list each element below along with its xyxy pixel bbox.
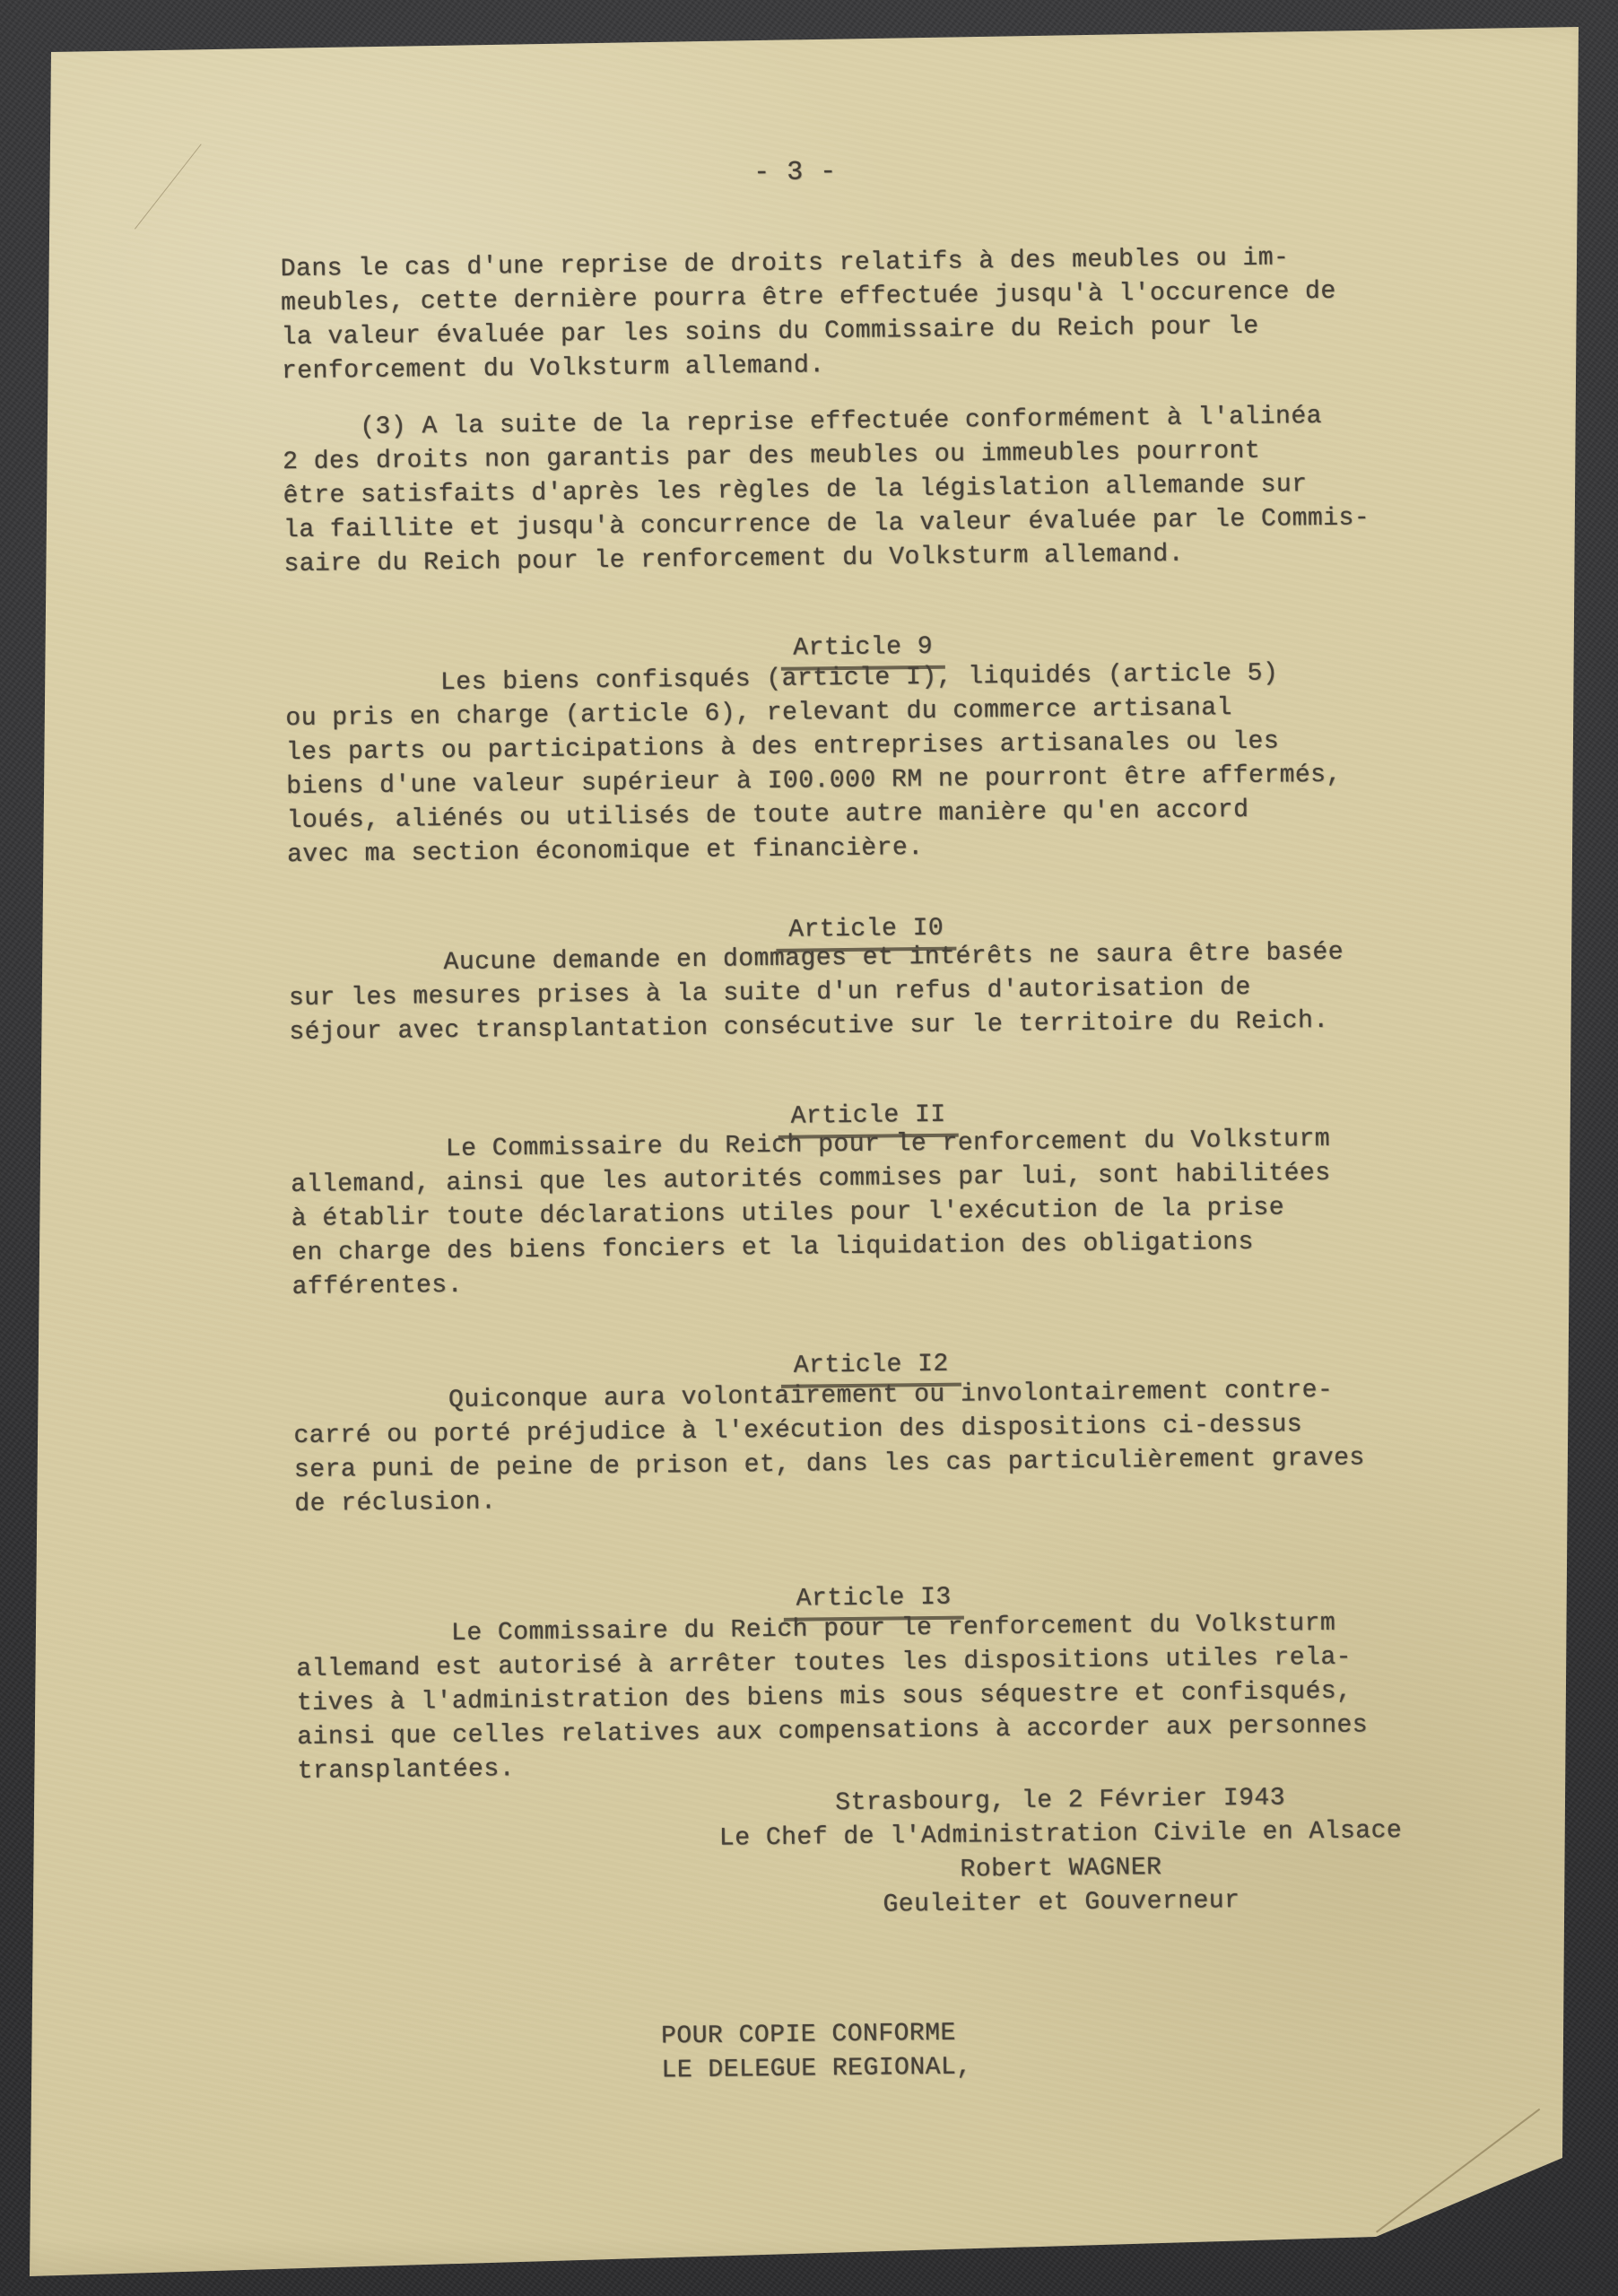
typewritten-text-layer: - 3 - Dans le cas d'une reprise de droit…: [0, 0, 1618, 2296]
paragraph: Aucune demande en dommages et intérêts n…: [288, 935, 1383, 1050]
paragraph: Quiconque aura volontairement ou involon…: [293, 1373, 1389, 1522]
page-number: - 3 -: [279, 150, 1310, 196]
scanned-document-photo: { "page_number": "- 3 -", "ink_color": "…: [0, 0, 1618, 2296]
paragraph: Le Commissaire du Reich pour le renforce…: [296, 1606, 1392, 1789]
paragraph: Le Commissaire du Reich pour le renforce…: [291, 1122, 1387, 1305]
certification-stamp: POUR COPIE CONFORMELE DELEGUE REGIONAL,: [661, 2013, 1290, 2088]
paragraph: Dans le cas d'une reprise de droits rela…: [281, 240, 1377, 389]
signature-block: Strasbourg, le 2 Février I943Le Chef de …: [683, 1780, 1439, 1926]
paragraph: Les biens confisqués (article I), liquid…: [285, 656, 1382, 873]
text-line: LE DELEGUE REGIONAL,: [661, 2047, 1289, 2088]
paragraph: (3) A la suite de la reprise effectuée c…: [283, 399, 1379, 582]
text-line: Geuleiter et Gouverneur: [684, 1883, 1438, 1926]
